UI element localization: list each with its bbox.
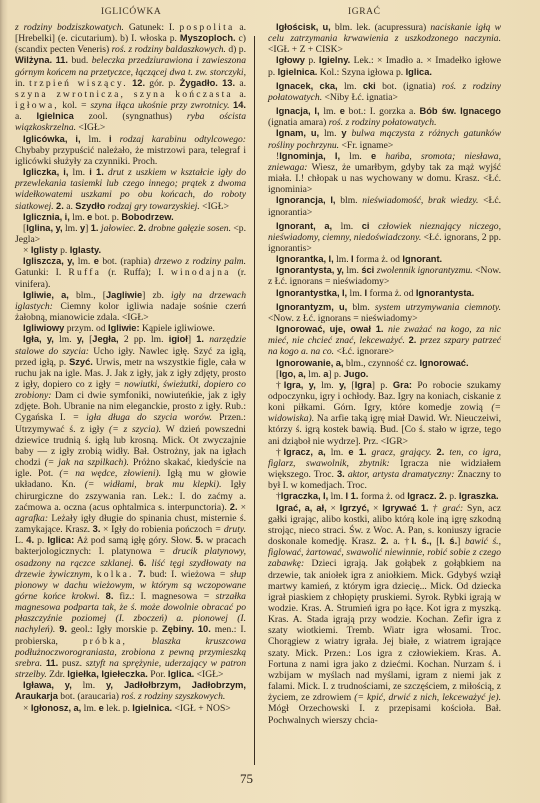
- entry-text: pusz.: [58, 658, 85, 669]
- entry-text: <Now. z Łć. ignorans = nieświadomy>: [268, 313, 418, 324]
- entry-text: [127, 636, 152, 647]
- dictionary-entry: Igrać, a, ał, × Igrzyć, × Igrywać 1. † g…: [268, 503, 501, 726]
- dictionary-page: IGLICÓWKA IGRAĆ z rodziny bodziszkowatyc…: [0, 0, 540, 803]
- headword: a,: [324, 221, 332, 231]
- dictionary-entry: Igliszcza, y, lm. e bot. (raphia) drzewo…: [15, 256, 246, 289]
- entry-text: p.: [305, 55, 319, 66]
- headword: y,: [47, 334, 54, 344]
- entry-text: ×: [23, 703, 31, 714]
- dictionary-entry: [Iglina, y, lm. y] 1. jałowiec. 2. drobn…: [15, 223, 246, 245]
- entry-text: bud: I. wieżowa: [146, 569, 220, 580]
- entry-text: lm.: [81, 703, 98, 714]
- headword: Szydło: [75, 201, 105, 211]
- entry-text: ]: [188, 334, 196, 345]
- entry-text: blm.: [347, 302, 375, 313]
- entry-text: L.: [15, 535, 26, 546]
- headword: 9.: [59, 624, 67, 634]
- entry-text: lm.: [347, 288, 364, 299]
- entry-text: [370, 221, 379, 232]
- entry-text: lm.: [68, 167, 89, 178]
- entry-text: Gatunki: I.: [15, 267, 68, 278]
- entry-text: Por.: [148, 669, 168, 680]
- entry-text: zool. (syngnathus): [74, 111, 187, 122]
- entry-text: ×: [369, 503, 382, 514]
- headword: Iglica:: [47, 535, 74, 545]
- entry-text: <IGŁ + Z + CISK>: [268, 44, 343, 55]
- headword: Ignorant.: [402, 254, 442, 264]
- dictionary-entry: Ignam, u, lm. y bulwa mączysta z różnych…: [268, 128, 501, 150]
- headword: 2.: [138, 223, 146, 233]
- entry-text: lm.: [340, 151, 371, 162]
- entry-text: lm.: [316, 380, 339, 391]
- entry-text: blm.: [336, 195, 363, 206]
- headword: Ignorancja,: [276, 195, 326, 205]
- headword: Igra,: [284, 380, 304, 390]
- definition: drzewo z rodziny palm.: [154, 256, 246, 267]
- entry-text: bot. p.: [92, 212, 121, 223]
- headword: Ignorantysta.: [416, 288, 474, 298]
- entry-text: †: [276, 380, 284, 391]
- headword: Igraczka,: [281, 491, 321, 501]
- entry-text: przym. od: [64, 323, 108, 334]
- headword: Igracz,: [283, 447, 312, 457]
- definition: jałowiec.: [101, 223, 136, 234]
- dictionary-entry: Ignorować, uje, ował 1. nie zważać na ko…: [268, 324, 501, 357]
- definition: (= kpić, drwić z nich, lekceważyć je).: [354, 692, 501, 703]
- entry-text: lm.: [338, 81, 363, 92]
- headword: Jegła,: [92, 334, 118, 344]
- headword: a,: [336, 358, 344, 368]
- entry-text: gór. p.: [145, 78, 180, 89]
- headword: Ignorantystka,: [276, 288, 340, 298]
- dictionary-entry: †Igracz, a, lm. e 1. gracz, grający. 2. …: [268, 447, 501, 492]
- definition: z rodziny bodziszkowatych.: [15, 22, 124, 33]
- headword: Ignorantysta,: [276, 265, 334, 275]
- entry-text: (r. Ruffa); I.: [101, 267, 171, 278]
- entry-text: blm., [: [69, 290, 106, 301]
- entry-text: Mógł Orzechowski I. z przepisami kościoł…: [268, 703, 501, 725]
- headword: Iglica.: [168, 669, 194, 679]
- entry-text: lm.: [70, 212, 87, 223]
- entry-text: ×: [23, 245, 31, 256]
- entry-text: (ignatia amara): [268, 117, 329, 128]
- spaced-term: szyna zwrotnicza, szyna kończasta: [15, 89, 233, 100]
- entry-text: Chybaby przypuścić należało, że mistrzow…: [15, 145, 246, 167]
- definition: = szyna iłąca ukośnie przy zwrotnicy.: [81, 100, 230, 111]
- headword: 11.: [56, 55, 68, 65]
- definition: rodzaj karabinu odtylcowego:: [120, 134, 246, 145]
- headword: i 1.: [89, 167, 104, 177]
- entry-text: d) p.: [226, 44, 246, 55]
- entry-text: lm.: [344, 265, 361, 276]
- headword: 6.: [139, 558, 147, 568]
- dictionary-entry: Igliwie, a, blm., [Jagliwie] zb. igły na…: [15, 290, 246, 323]
- headword: Ignorantyzm,: [276, 302, 334, 312]
- headword: Igracz.: [407, 491, 436, 501]
- definition: aktor, artysta dramatyczny:: [348, 469, 455, 480]
- entry-text: Zdr.: [47, 669, 68, 680]
- dictionary-entry: Ignacja, I, lm. e bot.: I. gorzka a. Bób…: [268, 106, 501, 128]
- entry-text: <IGŁ + NOS>: [172, 703, 231, 714]
- headword: Jagliwie: [106, 290, 142, 300]
- headword: y,: [77, 334, 84, 344]
- entry-text: lm.: [326, 447, 349, 458]
- headword: Igliszcza,: [23, 256, 64, 266]
- headword: 13.: [222, 78, 235, 88]
- entry-text: [326, 151, 335, 162]
- headword: y,: [65, 680, 72, 690]
- headword: Ignorantka,: [276, 254, 326, 264]
- headword: Igo,: [279, 369, 296, 379]
- entry-text: forma ż. od: [354, 254, 403, 265]
- headword: Igrać,: [276, 503, 301, 513]
- headword: Ignorowanie,: [276, 358, 333, 368]
- entry-text: Dzieci igrają. Jak gołąbek z gołąbkiem n…: [268, 558, 501, 703]
- headword: Ignorant,: [276, 221, 316, 231]
- headword: Igielny.: [319, 55, 350, 65]
- definition: roś. z rodziny szyszkowych.: [121, 691, 225, 702]
- entry-text: bot. (ignatia): [376, 81, 442, 92]
- entry-text: blm. lek. (acupressura): [331, 22, 431, 33]
- headword: 3.: [337, 469, 345, 479]
- headword: Iglisty: [31, 245, 58, 255]
- entry-text: Aż pod samą igłę góry. Słow.: [74, 535, 195, 546]
- dictionary-entry: Ignacek, cka, lm. cki bot. (ignatia) roś…: [268, 81, 501, 103]
- entry-text: Kol.: Szyna igłowa p.: [317, 67, 405, 78]
- entry-text: lm.: [54, 334, 77, 345]
- entry-text: p.: [447, 491, 459, 502]
- headword: Myszoploch.: [180, 33, 236, 43]
- definition: gracz, grający.: [372, 447, 432, 458]
- headword: 1.: [196, 334, 204, 344]
- headword: Igra: [355, 380, 372, 390]
- page-number: 75: [240, 771, 253, 787]
- headword: Bobodrzew.: [121, 212, 173, 222]
- headword: Igliwie:: [108, 323, 140, 333]
- dictionary-entry: z rodziny bodziszkowatych. Gatunek: I. p…: [15, 22, 246, 134]
- entry-text: <Fr. igname>: [339, 140, 393, 151]
- entry-text: lm.: [74, 256, 93, 267]
- entry-text: lm.: [320, 106, 340, 117]
- entry-text: blm., czynność cz.: [344, 358, 420, 369]
- entry-text: bot. (raphia): [99, 256, 154, 267]
- headword: Wilżyna.: [15, 55, 52, 65]
- entry-text: <IGŁ>: [76, 122, 105, 133]
- entry-text: lm.: [306, 369, 323, 380]
- headword: 2.: [439, 491, 447, 501]
- entry-text: <IGŁ>: [194, 669, 223, 680]
- entry-text: [376, 151, 385, 162]
- headword: Igielnica: [37, 111, 74, 121]
- headword: a,: [61, 290, 69, 300]
- spaced-term: trzpień wiszący.: [29, 78, 128, 89]
- entry-text: [112, 134, 120, 145]
- headword: 2.: [230, 502, 238, 512]
- headword: 14.: [233, 100, 246, 110]
- definition: roś. z rodziny połatowatych.: [329, 117, 437, 128]
- headword: e 1.: [348, 447, 366, 457]
- entry-text: lm.: [332, 221, 362, 232]
- entry-text: ] zb.: [142, 290, 171, 301]
- entry-text: lm.: [63, 223, 80, 234]
- dictionary-entry: Igliczka, i, lm. i 1. drut z uszkiem w k…: [15, 167, 246, 212]
- definition: = druty.: [215, 524, 246, 535]
- headword: cki: [363, 81, 376, 91]
- headword: igioł: [169, 334, 188, 344]
- headword: Igrywać 1.: [382, 503, 428, 513]
- spaced-term: pospolita: [179, 22, 234, 33]
- headword: Ignam,: [276, 128, 306, 138]
- spaced-term: igłowa,: [15, 100, 59, 111]
- headword: a, ał,: [305, 503, 327, 513]
- dictionary-entry: †Igra, y, lm. y, [Igra] p. Gra: Po roboc…: [268, 380, 501, 447]
- spaced-term: winodajna: [171, 267, 231, 278]
- headword: Bób św. Ignacego: [420, 106, 501, 116]
- dictionary-entry: Iglicówka, i, lm. i rodzaj karabinu odty…: [15, 134, 246, 167]
- entry-text: forma ż. od: [367, 288, 416, 299]
- definition: nieświadomość, brak wiedzy.: [362, 195, 478, 206]
- running-head-right: IGRAĆ: [348, 7, 381, 17]
- headword: Zębiny.: [162, 624, 194, 634]
- headword: ci: [362, 221, 370, 231]
- dictionary-entry: Ignorantyzm, u, blm. system utrzymywania…: [268, 302, 501, 324]
- dictionary-entry: × Igłonosz, a, lm. e lek. p. Igielnica. …: [15, 703, 246, 714]
- definition: (= na wędce, złowieni).: [59, 468, 161, 479]
- column-divider: [254, 36, 255, 765]
- headword: Ignorować,: [276, 324, 325, 334]
- headword: Igielnica.: [132, 703, 172, 713]
- headword: Iglica.: [406, 67, 432, 77]
- headword: Szyć.: [69, 357, 93, 367]
- headword: Igława,: [23, 680, 54, 690]
- headword: y,: [56, 223, 63, 233]
- dictionary-entry: Ignorantystka, I, lm. I forma ż. od Igno…: [268, 288, 501, 299]
- headword: 2.: [56, 201, 64, 211]
- entry-text: <Łć. ignorare>: [334, 346, 394, 357]
- headword: I 1.: [346, 491, 359, 501]
- entry-text: ×: [238, 502, 246, 513]
- headword: I. ś.,: [411, 536, 431, 546]
- entry-text: forma ż. od: [358, 491, 407, 502]
- dictionary-entry: !Ignominja, I, lm. e hańba, sromota; nie…: [268, 151, 501, 196]
- headword: Ignacek,: [276, 81, 313, 91]
- headword: I. ś.: [439, 536, 457, 546]
- headword: Igłowy: [276, 55, 305, 65]
- headword: Jugo.: [344, 369, 369, 379]
- headword: Igraszka.: [459, 491, 499, 501]
- headword: 4.: [26, 535, 34, 545]
- entry-text: ] p.: [372, 380, 393, 391]
- entry-text: Gatunek: I.: [124, 22, 180, 33]
- entry-text: lm.: [81, 134, 109, 145]
- right-column: Igłościsk, u, blm. lek. (acupressura) na…: [268, 22, 501, 726]
- entry-text: × Igły do robienia pończoch: [100, 524, 214, 535]
- entry-text: lm.: [334, 254, 351, 265]
- entry-text: a.: [235, 78, 246, 89]
- headword: Gra:: [393, 380, 412, 390]
- definition: rodzaj gry towarzyskiej.: [108, 201, 200, 212]
- headword: Igłościsk,: [276, 22, 318, 32]
- entry-text: ]: [457, 536, 465, 547]
- entry-text: [54, 680, 65, 691]
- entry-text: fiz.: I. magnesowa: [113, 591, 203, 602]
- definition: roś. z rodziny baldaszkowych.: [112, 44, 226, 55]
- entry-text: 2 pp. lm.: [119, 334, 169, 345]
- headword: Iglicznia,: [23, 212, 62, 222]
- entry-text: lek. p.: [104, 703, 133, 714]
- dictionary-entry: Igława, y, lm. y, Jadłołbrzym, Jadłobrzy…: [15, 680, 246, 702]
- definition: (= widłami, brak mu klepki).: [85, 479, 222, 490]
- spaced-term: kolka.: [97, 569, 134, 580]
- headword: Ignacja,: [276, 106, 311, 116]
- dictionary-entry: Igła, y, lm. y, [Jegła, 2 pp. lm. igioł]…: [15, 334, 246, 680]
- dictionary-entry: Ignorant, a, lm. ci człowiek nieznający …: [268, 221, 501, 254]
- definition: agrafka:: [15, 513, 48, 524]
- dictionary-entry: Iglicznia, i, lm. e bot. p. Bobodrzew.: [15, 212, 246, 223]
- definition: † grać:: [432, 503, 463, 514]
- headword: y,: [309, 380, 316, 390]
- headword: Igrzyć,: [340, 503, 369, 513]
- entry-text: kol.: [59, 100, 81, 111]
- dictionary-entry: Ignorancja, I, blm. nieświadomość, brak …: [268, 195, 501, 217]
- entry-text: lm.: [328, 491, 345, 502]
- headword: Igliwiowy: [23, 323, 64, 333]
- headword: a,: [318, 447, 326, 457]
- headword: Igliwie,: [23, 290, 54, 300]
- dictionary-entry: Igliwiowy przym. od Igliwie: Kąpiele igl…: [15, 323, 246, 334]
- entry-text: bud.: [68, 55, 92, 66]
- headword: y,: [337, 265, 344, 275]
- headword: y: [341, 128, 346, 138]
- headword: ści: [361, 265, 374, 275]
- headword: Iglina,: [26, 223, 53, 233]
- headword: cka,: [320, 81, 338, 91]
- left-column: z rodziny bodziszkowatych. Gatunek: I. p…: [15, 22, 246, 714]
- headword: Żygadło.: [180, 78, 218, 88]
- dictionary-entry: †Igraczka, I, lm. I 1. forma ż. od Igrac…: [268, 491, 501, 502]
- entry-text: <Niby Łć. ignatia>: [322, 92, 398, 103]
- dictionary-entry: Ignorantka, I, lm. I forma ż. od Ignoran…: [268, 254, 501, 265]
- entry-text: Kąpiele igliwiowe.: [140, 323, 215, 334]
- entry-text: bot.: I. gorzka a.: [345, 106, 420, 117]
- entry-text: lm.: [72, 680, 106, 691]
- entry-text: p.: [58, 245, 70, 256]
- entry-text: geol.: Igły morskie p.: [67, 624, 162, 635]
- headword: a,: [298, 369, 306, 379]
- entry-text: bot. (araucaria): [58, 691, 121, 702]
- headword: 11.: [46, 658, 58, 668]
- entry-text: a. †: [389, 536, 412, 547]
- headword: 12.: [132, 78, 145, 88]
- dictionary-entry: Ignorantysta, y, lm. ści zwolennik ignor…: [268, 265, 501, 287]
- headword: 2.: [381, 536, 389, 546]
- spaced-term: Ruffa: [68, 267, 101, 278]
- definition: zwolennik ignorantyzmu.: [377, 265, 473, 276]
- headword: uje, ował 1.: [330, 324, 384, 334]
- entry-text: a.: [15, 111, 37, 122]
- headword: Igiełka, Igiełeczka.: [67, 669, 148, 679]
- dictionary-entry: × Iglisty p. Iglasty.: [15, 245, 246, 256]
- headword: Igłonosz,: [31, 703, 71, 713]
- headword: u,: [311, 128, 319, 138]
- definition: = igła długa do szycia worów.: [73, 412, 212, 423]
- entry-text: a.: [233, 89, 246, 100]
- spaced-term: próbka,: [83, 636, 127, 647]
- entry-text: p.: [34, 535, 47, 546]
- dictionary-entry: Igłościsk, u, blm. lek. (acupressura) na…: [268, 22, 501, 55]
- headword: Iglasty.: [70, 245, 101, 255]
- entry-text: a.: [64, 201, 75, 212]
- headword: Ignorować.: [419, 358, 468, 368]
- dictionary-entry: [Igo, a, lm. a] p. Jugo.: [268, 369, 501, 380]
- dictionary-entry: Igłowy p. Igielny. Lek.: × Imadło a. × I…: [268, 55, 501, 77]
- definition: drobne gałęzie sosen.: [148, 223, 231, 234]
- entry-text: lm.: [319, 128, 341, 139]
- running-head-left: IGLICÓWKA: [101, 7, 161, 17]
- definition: (= z szycia).: [109, 424, 161, 435]
- entry-text: in.: [15, 78, 29, 89]
- entry-text: ×: [327, 503, 340, 514]
- headword: u,: [323, 22, 331, 32]
- entry-text: [: [346, 380, 355, 391]
- definition: system utrzymywania ciemnoty.: [375, 302, 501, 313]
- headword: Igła,: [23, 334, 42, 344]
- headword: Ignominja,: [279, 151, 326, 161]
- headword: Igliczka,: [23, 167, 59, 177]
- headword: Igielnica.: [278, 67, 318, 77]
- headword: Iglicówka,: [23, 134, 67, 144]
- definition: (= jak na szpilkach).: [45, 457, 129, 468]
- dictionary-entry: Ignorowanie, a, blm., czynność cz. Ignor…: [268, 358, 501, 369]
- entry-text: ] p.: [328, 369, 343, 380]
- entry-text: <IGŁ>: [200, 201, 229, 212]
- headword: 7.: [138, 569, 146, 579]
- headword: 10.: [198, 624, 211, 634]
